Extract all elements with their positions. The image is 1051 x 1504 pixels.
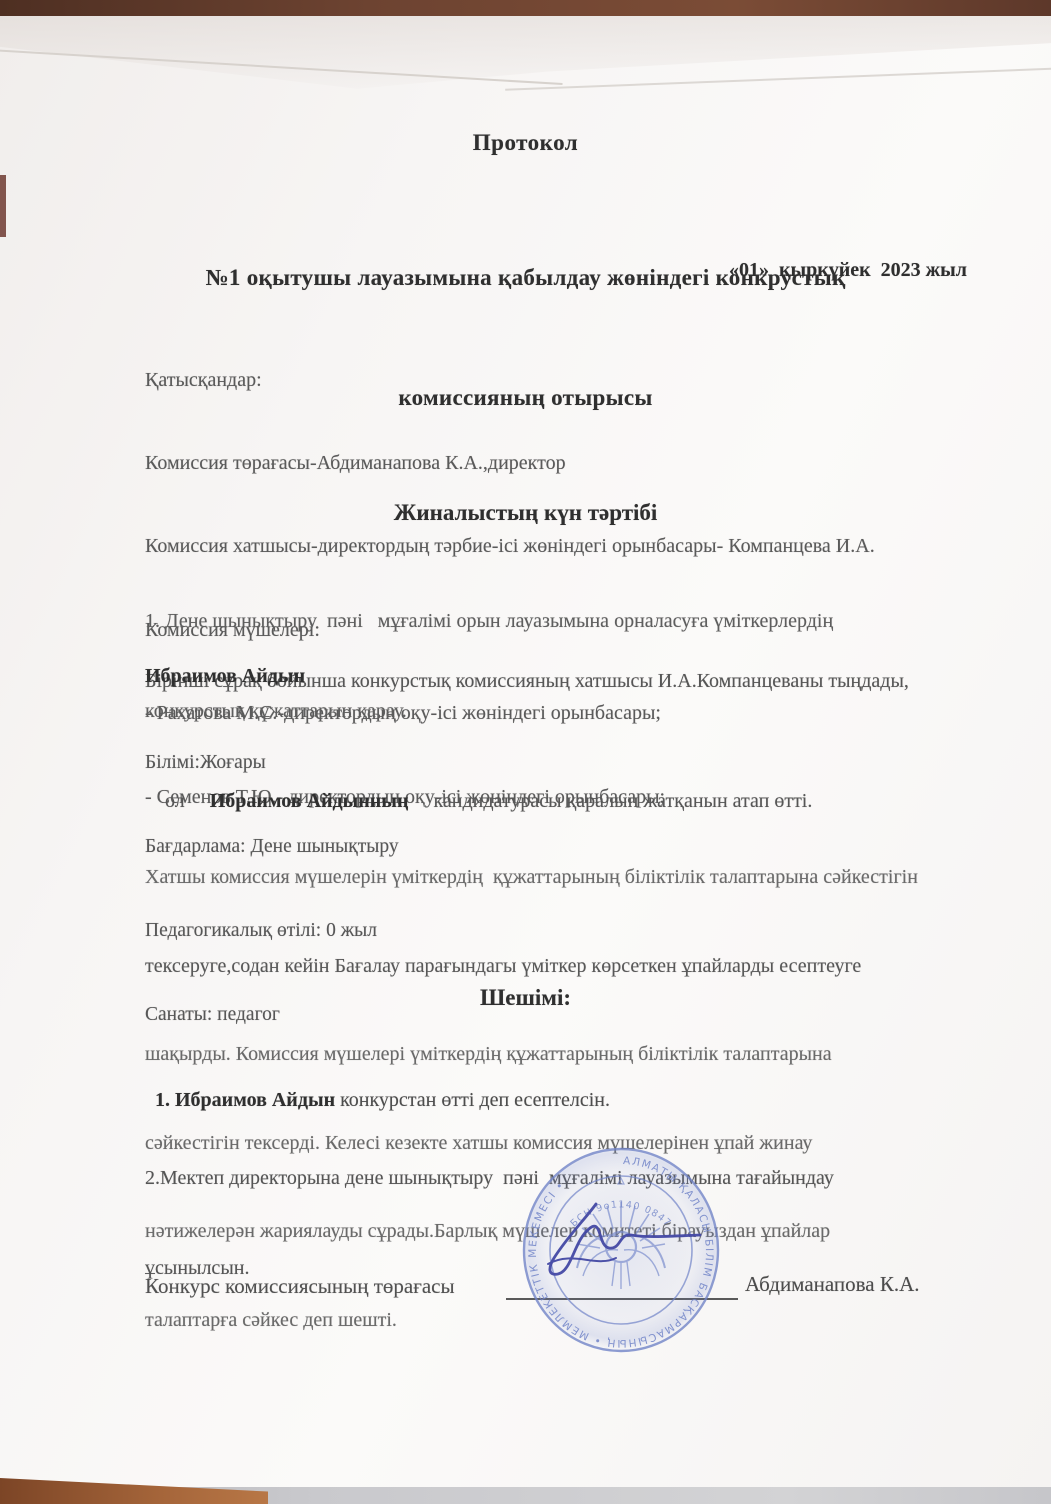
table-background-top	[0, 0, 1051, 16]
procedure-line-1: Хатшы комиссия мүшелерін үміткердің құжа…	[145, 863, 918, 893]
scanned-protocol-photo: { "doc": { "title": "Протокол", "subtitl…	[0, 0, 1051, 1504]
doc-date: «01» қыркүйек 2023 жыл	[729, 259, 967, 282]
detail-education: Білімі:Жоғары	[145, 749, 399, 777]
signature-name: Абдиманапова К.А.	[745, 1272, 920, 1297]
participant-chair: Комиссия төрағасы-Абдиманапова К.А.,дире…	[145, 450, 875, 478]
candidate-name-heading: Ибраимов Айдын	[145, 665, 305, 688]
agenda-heading: Жиналыстың күн тәртібі	[0, 500, 1051, 526]
decision-heading: Шешімі:	[0, 985, 1051, 1011]
procedure-line-2: тексеруге,содан кейін Бағалау парағындаг…	[145, 952, 918, 982]
doc-title: Протокол	[0, 130, 1051, 156]
handwritten-signature	[478, 1178, 722, 1302]
participants-heading: Қатысқандар:	[145, 367, 875, 395]
signature-role-label: Конкурс комиссиясының төрағасы	[145, 1274, 455, 1299]
